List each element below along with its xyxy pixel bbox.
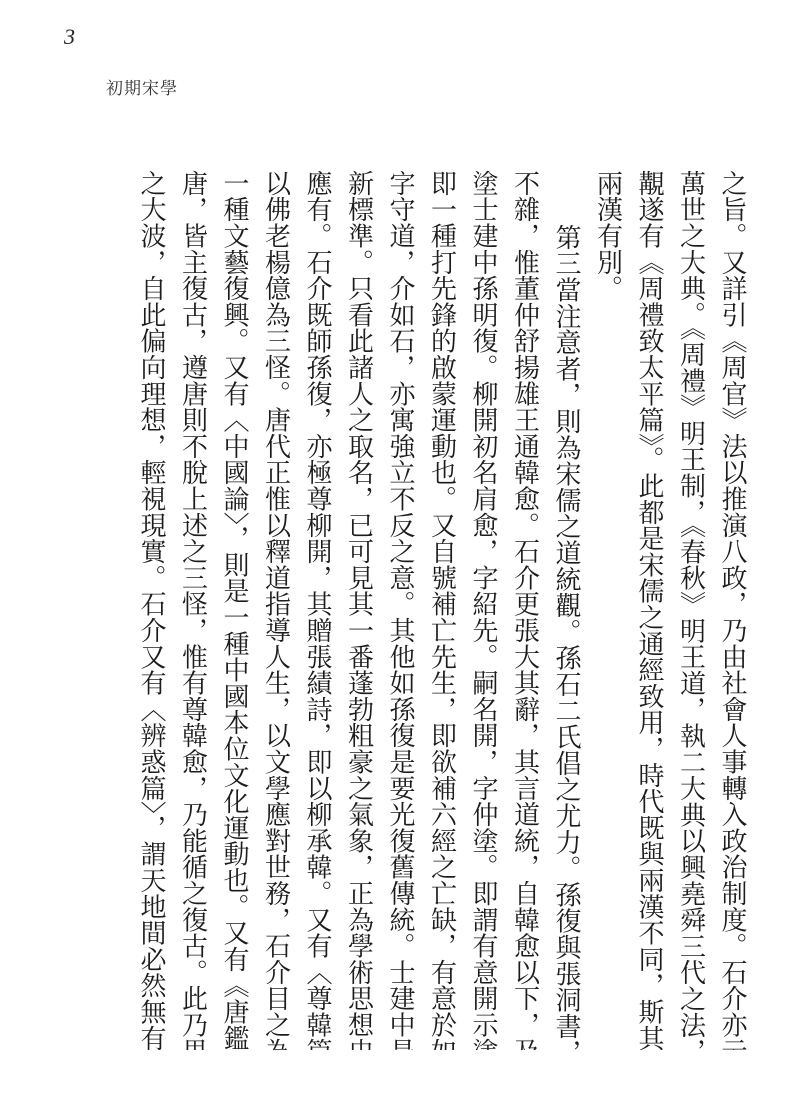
text-column-10: 新標準。只看此諸人之取名，已可見其一番蓬勃粗豪之氣象，正為學術思想史上啟蒙革新時… [337,170,379,1050]
page-number: 3 [64,24,75,50]
text-column-13: 一種文藝復興。又有〈中國論〉，則是一種中國本位文化運動也。又有《唐鑑》，大抵宋儒… [213,170,255,1050]
vertical-text-body: 之旨。又詳引《周官》法以推演八政，乃由社會人事轉入政治制度。石介亦云，《周禮》、… [52,170,752,1060]
text-column-9: 字守道，介如石，亦寓強立不反之意。其他如孫復是要光復舊傳統。士建中是要建中立極，… [379,170,421,1050]
text-column-6: 不雜，惟董仲舒揚雄王通韓愈。石介更張大其辭，其言道統，自韓愈以下，及於當代，則為… [503,170,545,1050]
text-column-14: 唐，皆主復古，遵唐則不脫上述之三怪，惟有尊韓愈，乃能循之復古。此乃思想上一種革新… [171,170,213,1050]
text-column-12: 以佛老楊億為三怪。唐代正惟以釋道指導人生，以文學應對世務，石介目之為三怪，正為宋… [254,170,296,1050]
text-column-1: 之旨。又詳引《周官》法以推演八政，乃由社會人事轉入政治制度。石介亦云，《周禮》、… [711,170,753,1050]
text-column-2: 萬世之大典。《周禮》明王制，《春秋》明王道，執二大典以興堯舜三代之法，如運諸掌。… [669,170,711,1050]
text-column-7: 塗士建中孫明復。柳開初名肩愈，字紹先。嗣名開，字仲塗。即謂有意開示塗轍。以今語譯… [462,170,504,1050]
text-column-11: 應有。石介既師孫復，亦極尊柳開，其贈張績詩，即以柳承韓。又有〈尊韓篇〉。又作〈怪… [296,170,338,1050]
text-column-4: 兩漢有別。 [586,170,628,1050]
text-column-15: 之大波，自此偏向理想，輕視現實。石介又有〈辨惑篇〉，謂天地間必然無有者三：無神仙… [130,170,172,1050]
text-column-3: 覯遂有《周禮致太平篇》。此都是宋儒之通經致用，時代既與兩漢不同，斯其研尋之對象，… [628,170,670,1050]
running-title: 初期宋學 [106,74,178,99]
paragraph-start-column: 第三當注意者，則為宋儒之道統觀。孫石二氏倡之尤力。孫復與張洞書，已言自漢至唐不叛 [545,170,587,1050]
text-column-8: 即一種打先鋒的啟蒙運動也。又自號補亡先生，即欲補六經之亡缺，有意於如王通之續經。… [420,170,462,1050]
